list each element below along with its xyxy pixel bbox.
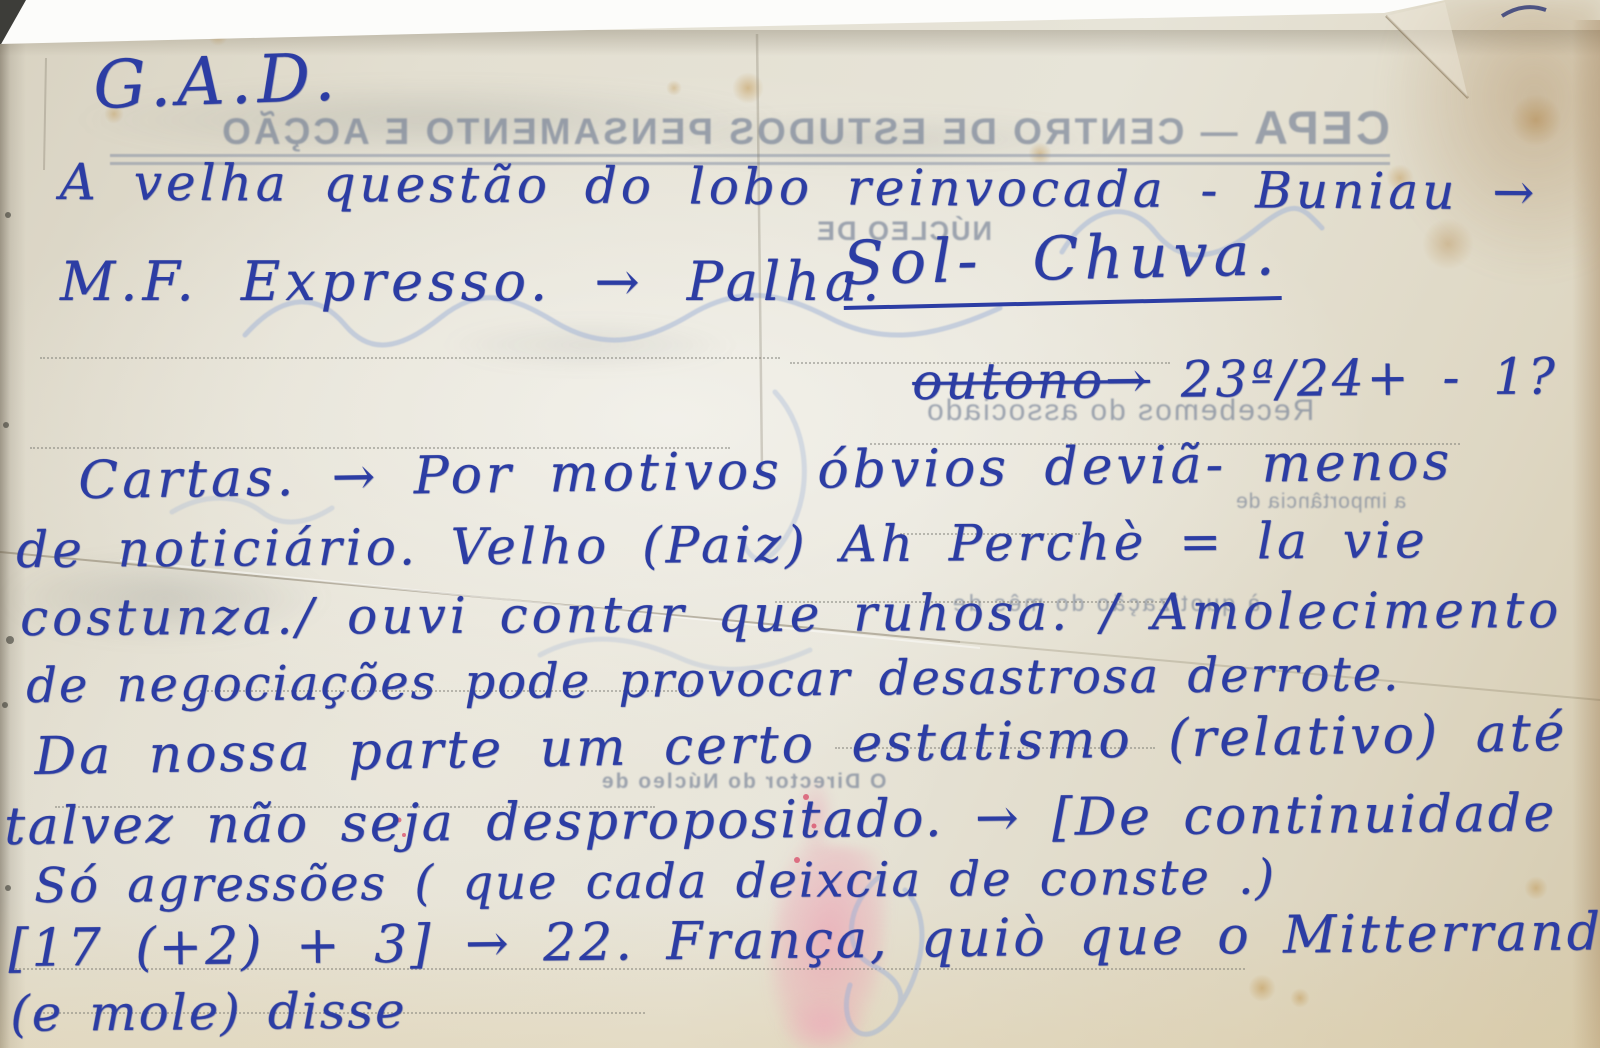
handwritten-line-8: Da nossa parte um certo estatismo (relat… [34, 702, 1568, 788]
ghost-letterhead-rest: — CENTRO DE ESTUDOS PENSAMENTO E ACÇÃO [219, 111, 1251, 152]
ghost-dotted-line [40, 357, 780, 359]
paper-card: CEPA — CENTRO DE ESTUDOS PENSAMENTO E AC… [0, 0, 1600, 1048]
ghost-letterhead-brand: CEPA [1251, 101, 1390, 154]
handwritten-line-2: M.F. Expresso. → Palha. [60, 250, 884, 315]
handwritten-heading: G.A.D. [92, 37, 342, 125]
line-3-rest: 23ª/24+ - 1? [1150, 347, 1558, 409]
struck-word: outono→ [912, 351, 1150, 411]
handwritten-line-3: outono→ 23ª/24+ - 1? [912, 346, 1558, 412]
handwritten-line-7: de negociações pode provocar desastrosa … [26, 646, 1401, 716]
handwritten-title-sol-chuva: Sol- Chuva. [842, 218, 1281, 310]
pink-stain-lower [782, 996, 866, 1048]
scanned-note-card: CEPA — CENTRO DE ESTUDOS PENSAMENTO E AC… [0, 0, 1600, 1048]
handwritten-line-10: Só agressões ( que cada deixcia de const… [34, 849, 1276, 915]
handwritten-line-9: talvez não seja despropositado. → [De co… [4, 782, 1557, 858]
handwritten-line-6: costunza./ ouvi contar que ruhosa. / Amo… [20, 580, 1562, 648]
handwritten-line-1: A velha questão do lobo reinvocada - Bun… [60, 152, 1539, 222]
crease-vertical-small [44, 58, 46, 170]
handwritten-line-12: (e mole) disse [10, 981, 407, 1044]
handwritten-line-5: de noticiário. Velho (Paiz) Ah Perchè = … [16, 510, 1429, 580]
corner-brown-wash [1380, 0, 1600, 280]
mottle [440, 320, 740, 370]
scan-corner-dark [0, 0, 26, 46]
age-spot [1524, 876, 1548, 900]
